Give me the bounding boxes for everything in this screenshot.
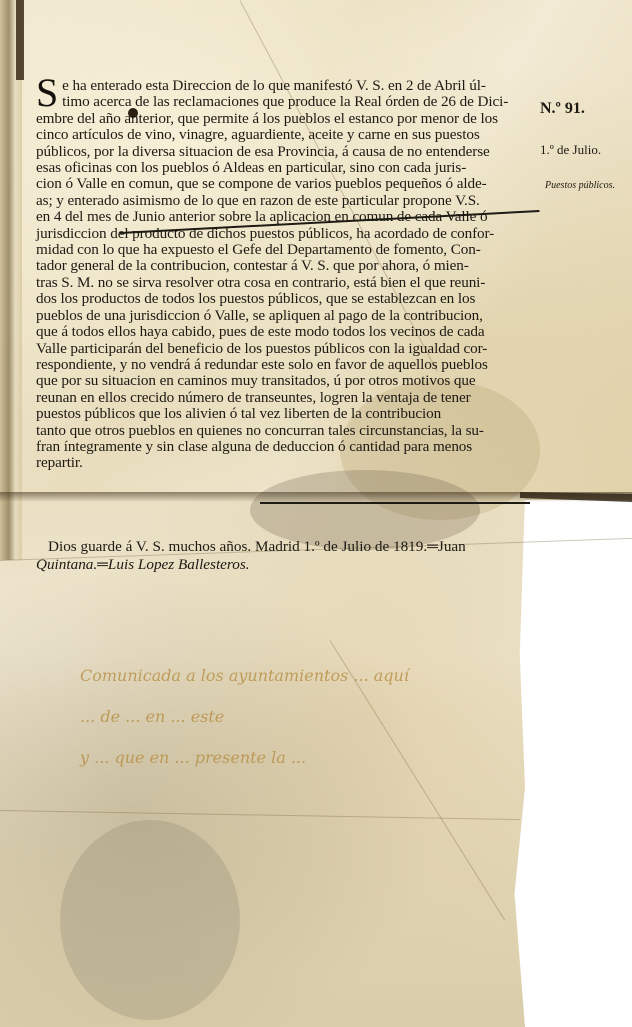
body-line: tador general de la contribucion, contes…	[36, 258, 536, 274]
body-line: pueblos de una jurisdiccion ó Valle, se …	[36, 308, 536, 324]
handwritten-line: Comunicada a los ayuntamientos ... aquí	[80, 655, 540, 696]
handwritten-annotation: Comunicada a los ayuntamientos ... aquí …	[80, 655, 540, 778]
body-line: jurisdiccion del producto de dichos pues…	[36, 226, 536, 242]
body-line: puestos públicos que los alivien ó tal v…	[36, 406, 536, 422]
body-line: fran íntegramente y sin clase alguna de …	[36, 439, 536, 455]
body-line: que por su situacion en caminos muy tran…	[36, 373, 536, 389]
body-line: cion ó Valle en comun, que se compone de…	[36, 176, 536, 192]
body-line: que á todos ellos haya cabido, pues de e…	[36, 324, 536, 340]
body-line: tras S. M. no se sirva resolver otra cos…	[36, 275, 536, 291]
body-line: midad con lo que ha expuesto el Gefe del…	[36, 242, 536, 258]
signature-line: Quintana.═Luis Lopez Ballesteros.	[36, 556, 536, 574]
margin-note-topic: Puestos públicos.	[545, 180, 615, 191]
body-line: públicos, por la diversa situacion de es…	[36, 144, 536, 160]
body-line: embre del año anterior, que permite á lo…	[36, 111, 536, 127]
handwritten-line: ... de ... en ... este	[80, 696, 540, 737]
binding-edge	[0, 0, 22, 560]
water-stain	[60, 820, 240, 1020]
body-line: repartir.	[36, 455, 536, 471]
body-line: reunan en ellos crecido número de transe…	[36, 390, 536, 406]
closing-line: Dios guarde á V. S. muchos años. Madrid …	[36, 538, 536, 556]
body-line: Valle participarán del beneficio de los …	[36, 341, 536, 357]
handwritten-line: y ... que en ... presente la ...	[80, 737, 540, 778]
drop-cap: S	[36, 78, 58, 108]
binding-shadow	[16, 0, 24, 80]
body-line: respondiente, y no vendrá á redundar est…	[36, 357, 536, 373]
body-line: cinco artículos de vino, vinagre, aguard…	[36, 127, 536, 143]
margin-note-date: 1.º de Julio.	[540, 142, 601, 158]
document-closing: Dios guarde á V. S. muchos años. Madrid …	[36, 538, 536, 574]
body-line: dos los productos de todos los puestos p…	[36, 291, 536, 307]
margin-note-number: N.º 91.	[540, 100, 585, 118]
document-body: S e ha enterado esta Direccion de lo que…	[36, 78, 536, 472]
body-line: as; y enterado asimismo de lo que en raz…	[36, 193, 536, 209]
underline-mark	[260, 502, 530, 504]
body-line: timo acerca de las reclamaciones que pro…	[36, 94, 536, 110]
body-line: tanto que otros pueblos en quienes no co…	[36, 423, 536, 439]
body-line: esas oficinas con los pueblos ó Aldeas e…	[36, 160, 536, 176]
body-line: e ha enterado esta Direccion de lo que m…	[36, 78, 536, 94]
